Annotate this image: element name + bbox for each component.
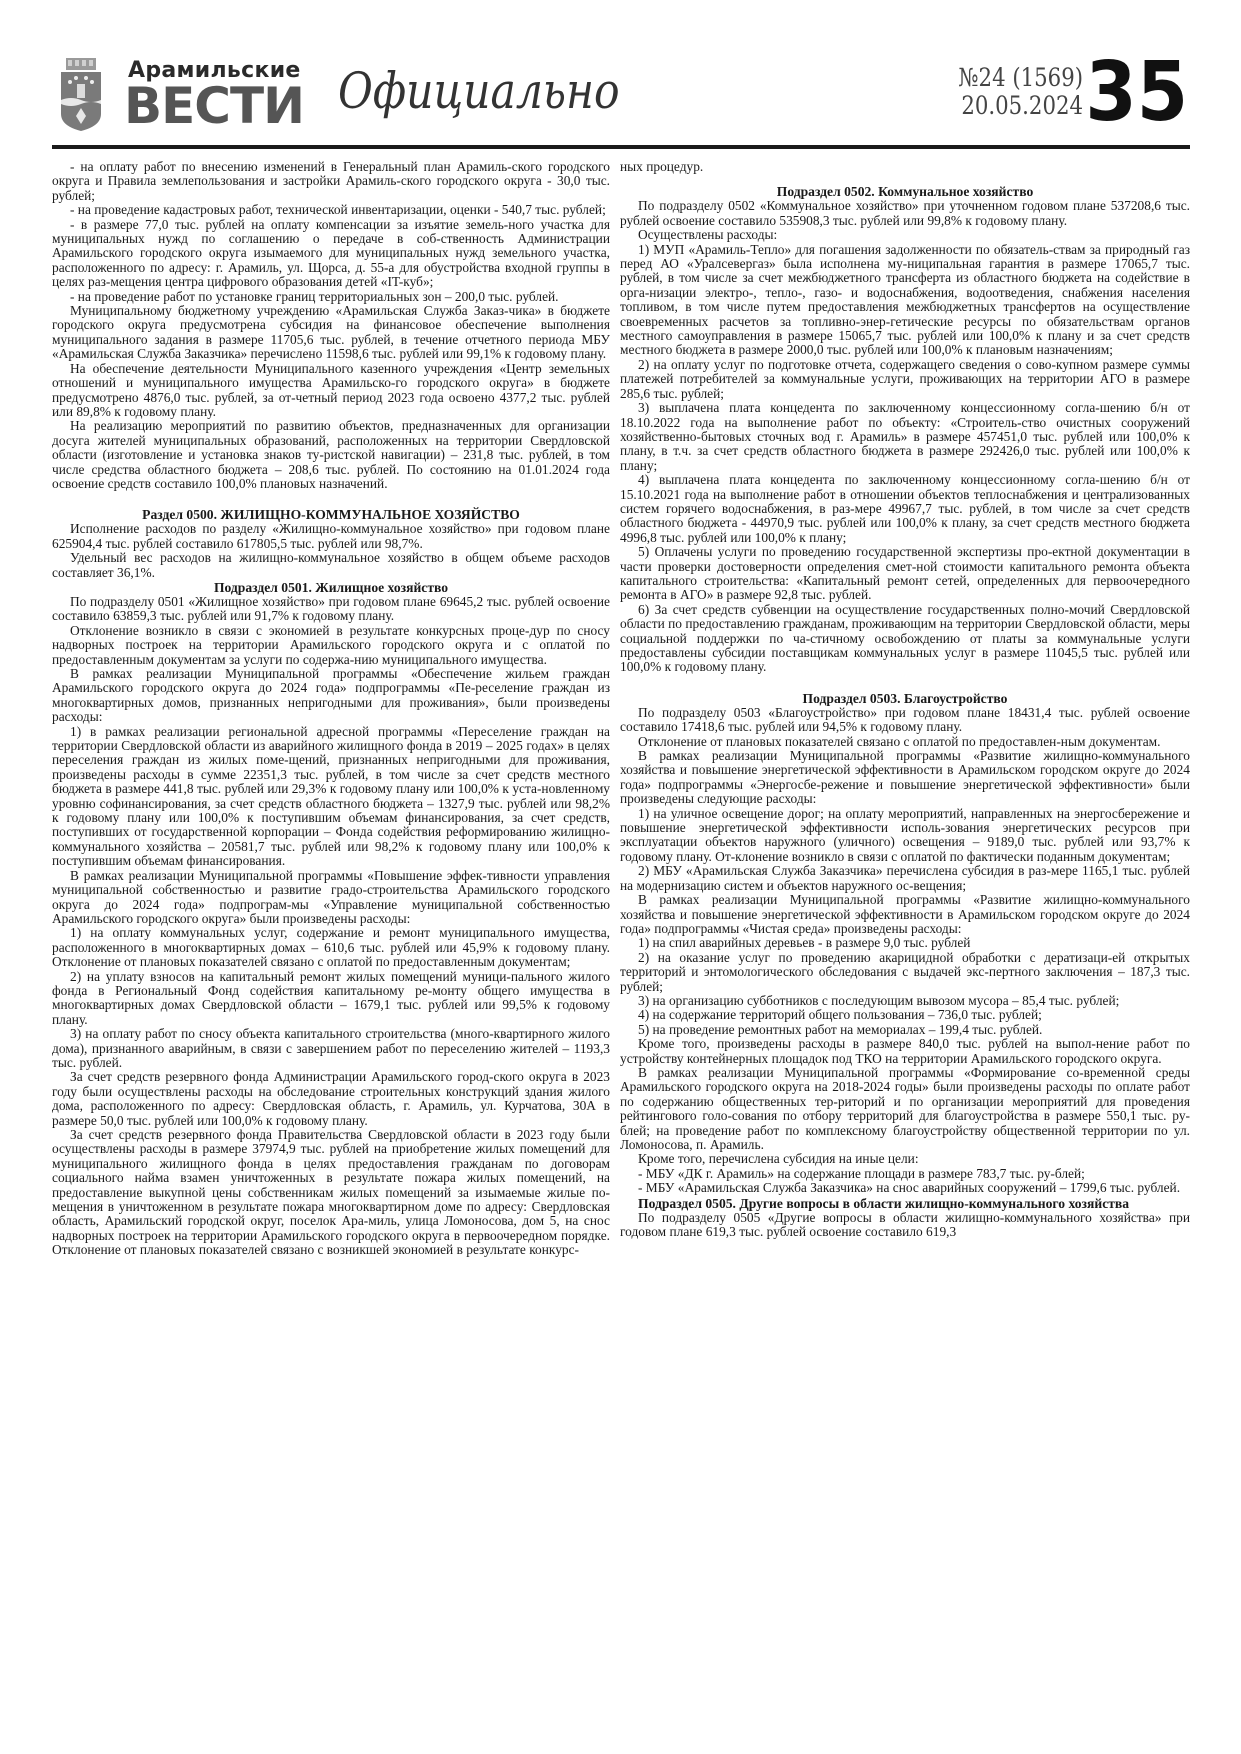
paragraph: - на оплату работ по внесению изменений … — [52, 160, 610, 203]
paragraph: По подразделу 0505 «Другие вопросы в обл… — [620, 1211, 1190, 1240]
paragraph: 2) МБУ «Арамильская Служба Заказчика» пе… — [620, 864, 1190, 893]
left-column: - на оплату работ по внесению изменений … — [52, 160, 610, 1258]
header-divider — [52, 145, 1190, 149]
subsection-heading-0505: Подраздел 0505. Другие вопросы в области… — [620, 1196, 1190, 1211]
page-number: 35 — [1085, 48, 1188, 138]
paragraph: Отклонение возникло в связи с экономией … — [52, 624, 610, 667]
paragraph: 5) Оплачены услуги по проведению государ… — [620, 545, 1190, 603]
paragraph: 3) на оплату работ по сносу объекта капи… — [52, 1027, 610, 1070]
paragraph: В рамках реализации Муниципальной програ… — [52, 869, 610, 927]
paragraph: По подразделу 0503 «Благоустройство» при… — [620, 706, 1190, 735]
paragraph: 5) на проведение ремонтных работ на мемо… — [620, 1023, 1190, 1037]
paragraph: 4) на содержание территорий общего польз… — [620, 1008, 1190, 1022]
paragraph: 4) выплачена плата концедента по заключе… — [620, 473, 1190, 545]
paragraph: - на проведение работ по установке грани… — [52, 290, 610, 304]
paragraph: 1) на спил аварийных деревьев - в размер… — [620, 936, 1190, 950]
section-heading-0500: Раздел 0500. ЖИЛИЩНО-КОММУНАЛЬНОЕ ХОЗЯЙС… — [52, 507, 610, 522]
paragraph: - МБУ «Арамильская Служба Заказчика» на … — [620, 1181, 1190, 1195]
issue-date: 20.05.2024 — [930, 92, 1083, 120]
paragraph: 2) на уплату взносов на капитальный ремо… — [52, 970, 610, 1028]
coat-of-arms-icon — [58, 56, 104, 132]
paragraph: В рамках реализации Муниципальной програ… — [620, 749, 1190, 807]
subsection-heading-0502: Подраздел 0502. Коммунальное хозяйство — [620, 184, 1190, 199]
paragraph: Исполнение расходов по разделу «Жилищно-… — [52, 522, 610, 551]
paragraph: 3) выплачена плата концедента по заключе… — [620, 401, 1190, 473]
paragraph: Кроме того, перечислена субсидия на иные… — [620, 1152, 1190, 1166]
paragraph: В рамках реализации Муниципальной програ… — [620, 1066, 1190, 1152]
paragraph: В рамках реализации Муниципальной програ… — [52, 667, 610, 725]
paragraph: Осуществлены расходы: — [620, 228, 1190, 242]
paragraph: Кроме того, произведены расходы в размер… — [620, 1037, 1190, 1066]
paragraph: - МБУ «ДК г. Арамиль» на содержание площ… — [620, 1167, 1190, 1181]
issue-info: №24 (1569) 20.05.2024 — [930, 64, 1083, 120]
paragraph: Удельный вес расходов на жилищно-коммуна… — [52, 551, 610, 580]
subsection-heading-0503: Подраздел 0503. Благоустройство — [620, 691, 1190, 706]
issue-number: №24 (1569) — [930, 64, 1083, 92]
paragraph: В рамках реализации Муниципальной програ… — [620, 893, 1190, 936]
paragraph: По подразделу 0502 «Коммунальное хозяйст… — [620, 199, 1190, 228]
subsection-heading-0501: Подраздел 0501. Жилищное хозяйство — [52, 580, 610, 595]
paragraph: За счет средств резервного фонда Админис… — [52, 1070, 610, 1128]
paragraph: 2) на оплату услуг по подготовке отчета,… — [620, 358, 1190, 401]
paragraph: 3) на организацию субботников с последую… — [620, 994, 1190, 1008]
paragraph: ных процедур. — [620, 160, 1190, 174]
right-column: ных процедур. Подраздел 0502. Коммунальн… — [620, 160, 1190, 1239]
paragraph: На обеспечение деятельности Муниципально… — [52, 362, 610, 420]
paragraph: - на проведение кадастровых работ, техни… — [52, 203, 610, 217]
paragraph: 1) в рамках реализации региональной адре… — [52, 725, 610, 869]
spacer — [620, 675, 1190, 691]
brand-name-main: ВЕСТИ — [124, 80, 304, 132]
paragraph: Муниципальному бюджетному учреждению «Ар… — [52, 304, 610, 362]
paragraph: Отклонение от плановых показателей связа… — [620, 735, 1190, 749]
paragraph: 6) За счет средств субвенции на осуществ… — [620, 603, 1190, 675]
paragraph: На реализацию мероприятий по развитию об… — [52, 419, 610, 491]
paragraph: 1) на уличное освещение дорог; на оплату… — [620, 807, 1190, 865]
spacer — [52, 491, 610, 507]
section-title: Официально — [338, 62, 620, 120]
paragraph: - в размере 77,0 тыс. рублей на оплату к… — [52, 218, 610, 290]
paragraph: 2) на оказание услуг по проведению акари… — [620, 951, 1190, 994]
spacer — [620, 174, 1190, 184]
masthead: Арамильские ВЕСТИ Официально №24 (1569) … — [58, 52, 1188, 144]
paragraph: 1) МУП «Арамиль-Тепло» для погашения зад… — [620, 243, 1190, 358]
paragraph: По подразделу 0501 «Жилищное хозяйство» … — [52, 595, 610, 624]
paragraph: 1) на оплату коммунальных услуг, содержа… — [52, 926, 610, 969]
paragraph: За счет средств резервного фонда Правите… — [52, 1128, 610, 1258]
